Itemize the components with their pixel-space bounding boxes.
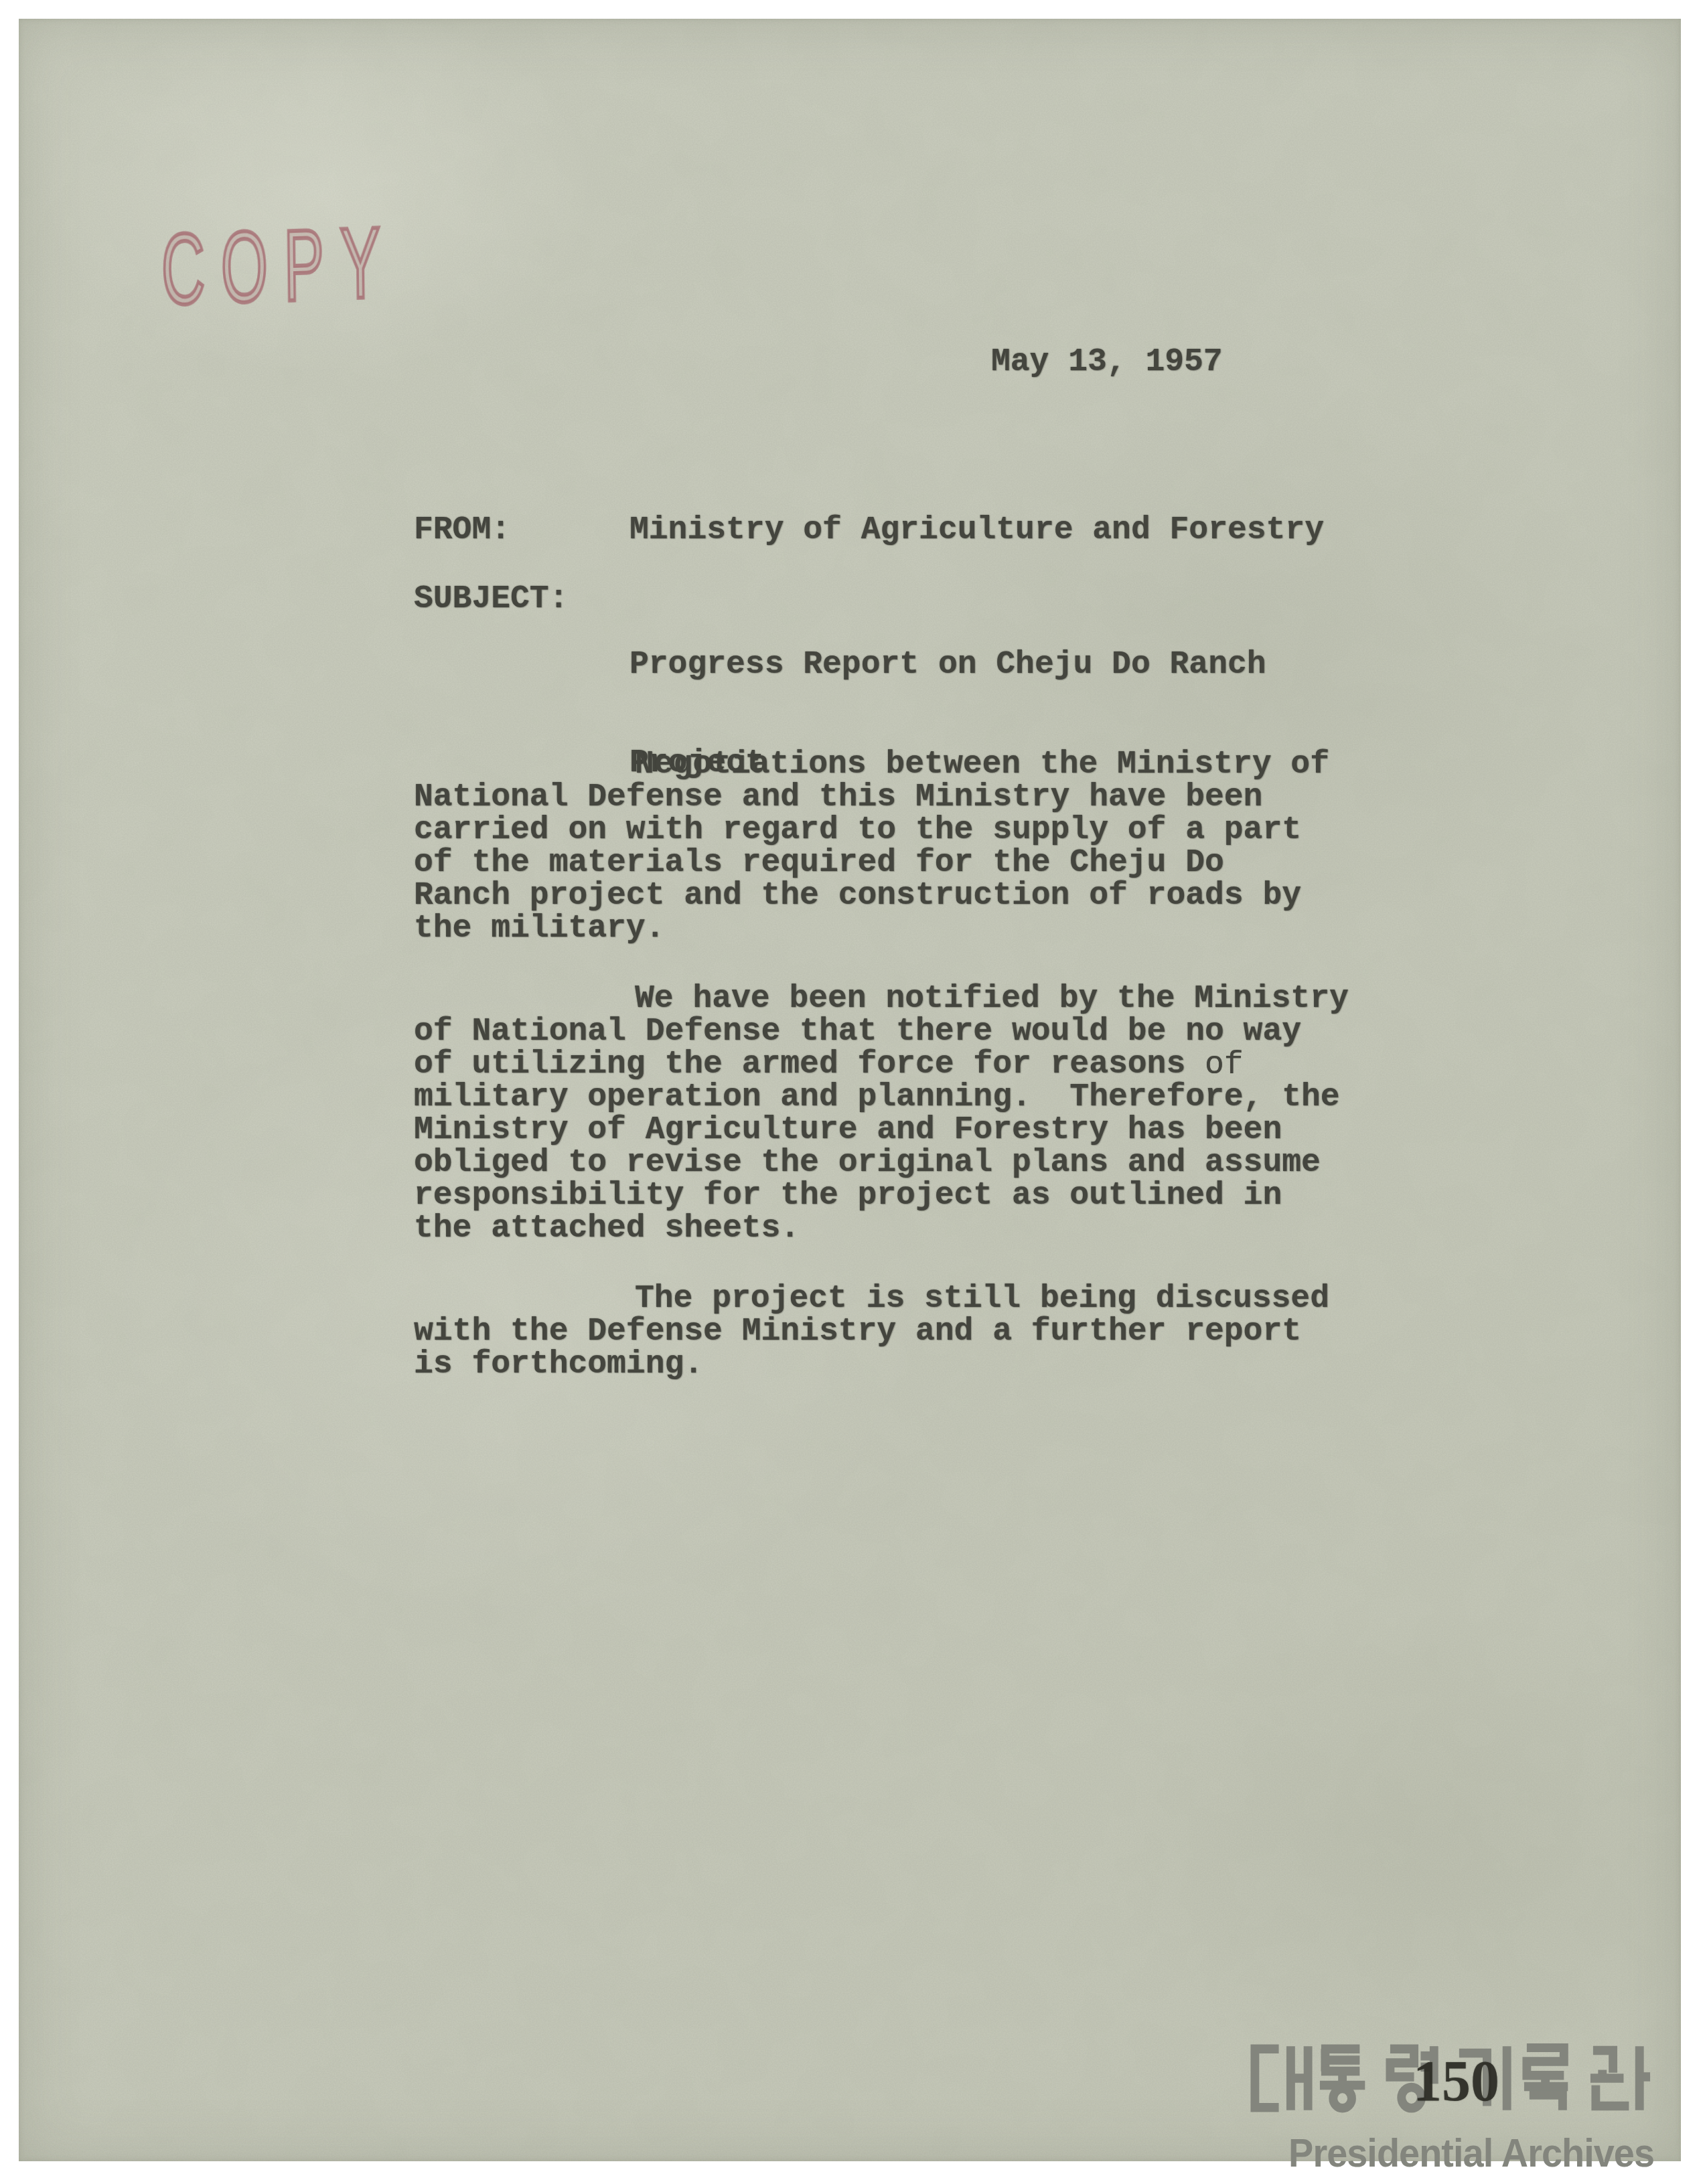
text-line: with the Defense Ministry and a further … — [414, 1316, 1329, 1348]
subject-line: Progress Report on Cheju Do Ranch — [629, 649, 1266, 682]
text-line: We have been notified by the Ministry — [414, 983, 1349, 1016]
copy-stamp: COPY — [161, 212, 397, 320]
text-line: The project is still being discussed — [414, 1283, 1329, 1316]
paragraph-3: The project is still being discussed wit… — [414, 1283, 1329, 1381]
text-line: National Defense and this Ministry have … — [414, 781, 1329, 814]
text-line: the attached sheets. — [414, 1213, 1349, 1245]
hangul-gwan — [1590, 2046, 1650, 2110]
text-segment: of utilizing the armed force for reasons — [414, 1046, 1205, 1083]
text-line: military operation and planning. Therefo… — [414, 1081, 1349, 1114]
paper: COPY May 13, 1957 FROM: Ministry of Agri… — [19, 19, 1681, 2161]
from-row: FROM: Ministry of Agriculture and Forest… — [414, 514, 1324, 547]
text-line: is forthcoming. — [414, 1348, 1329, 1381]
text-line: of National Defense that there would be … — [414, 1016, 1349, 1048]
from-label: FROM: — [414, 514, 629, 547]
hangul-rok — [1524, 2047, 1568, 2110]
paragraph-2: We have been notified by the Ministry of… — [414, 983, 1349, 1245]
from-value: Ministry of Agriculture and Forestry — [629, 514, 1324, 547]
text-line: of the materials required for the Cheju … — [414, 847, 1329, 880]
text-line: obliged to revise the original plans and… — [414, 1147, 1349, 1180]
text-line: of utilizing the armed force for reasons… — [414, 1048, 1349, 1081]
date-line: May 13, 1957 — [991, 346, 1223, 379]
text-line: Negotiations between the Ministry of — [414, 749, 1329, 781]
hangul-dae — [1255, 2046, 1308, 2110]
page-number-stamp: 150 — [1413, 2051, 1499, 2110]
text-line: Ministry of Agriculture and Forestry has… — [414, 1114, 1349, 1147]
hangul-tong — [1320, 2049, 1365, 2108]
inserted-word: of — [1205, 1049, 1244, 1082]
text-line: responsibility for the project as outlin… — [414, 1180, 1349, 1213]
text-line: carried on with regard to the supply of … — [414, 814, 1329, 847]
text-line: the military. — [414, 913, 1329, 945]
text-line: Ranch project and the construction of ro… — [414, 880, 1329, 913]
english-watermark: Presidential Archives — [1288, 2132, 1654, 2175]
scanned-document: COPY May 13, 1957 FROM: Ministry of Agri… — [0, 0, 1705, 2184]
paragraph-1: Negotiations between the Ministry of Nat… — [414, 749, 1329, 945]
